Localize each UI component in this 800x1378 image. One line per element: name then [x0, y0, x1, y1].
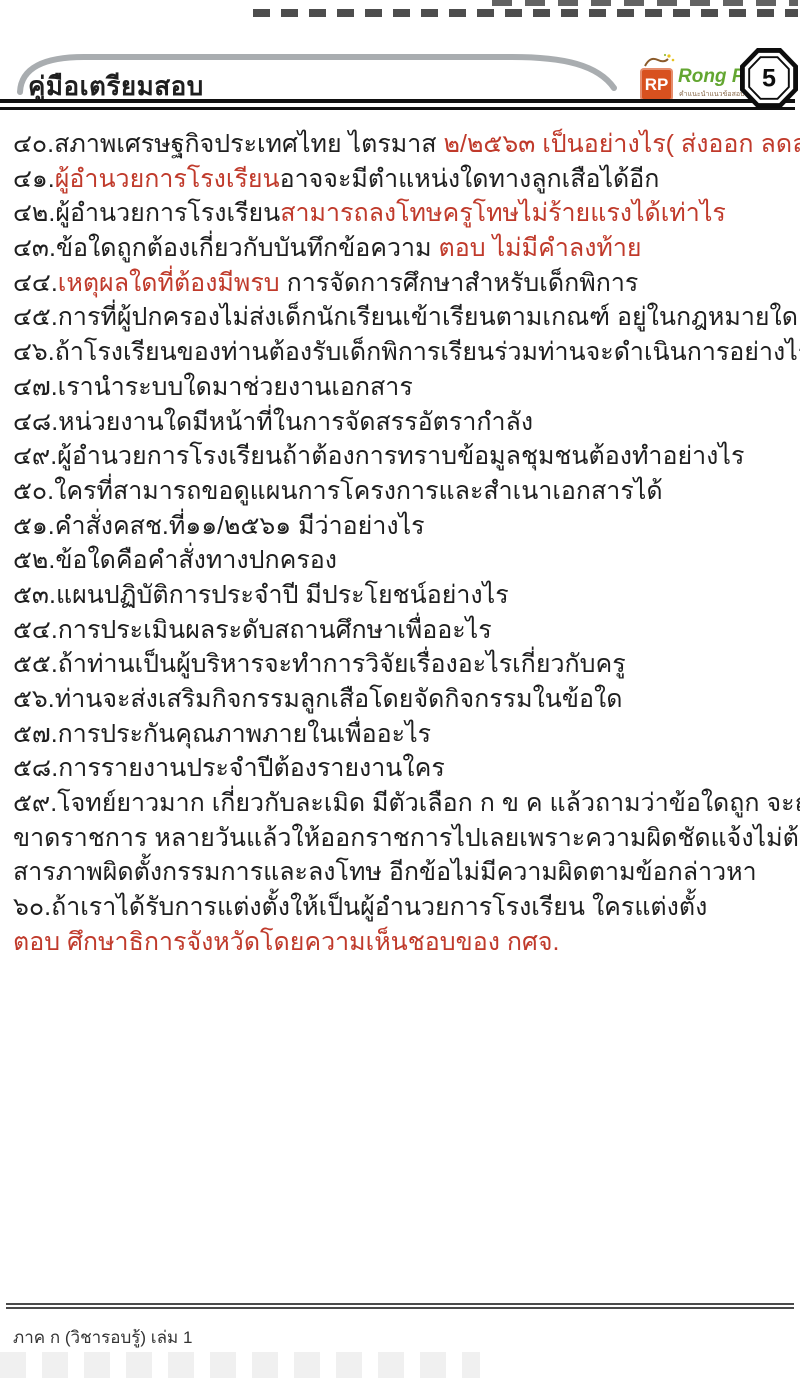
- question-line: ตอบ ศึกษาธิการจังหวัดโดยความเห็นชอบของ ก…: [13, 925, 793, 960]
- question-segment-black: การจัดการศึกษาสำหรับเด็กพิการ: [280, 269, 639, 297]
- question-line: ๕๔.การประเมินผลระดับสถานศึกษาเพื่ออะไร: [13, 613, 793, 648]
- question-segment-red: ตอบ ศึกษาธิการจังหวัดโดยความเห็นชอบของ ก…: [13, 928, 559, 956]
- question-line: ๕๖.ท่านจะส่งเสริมกิจกรรมลูกเสือโดยจัดกิจ…: [13, 682, 793, 717]
- question-line: ๔๑.ผู้อำนวยการโรงเรียนอาจจะมีตำแหน่งใดทา…: [13, 162, 793, 197]
- question-segment-black: ๔๑.: [13, 165, 55, 193]
- question-segment-black: ๔๖.ถ้าโรงเรียนของท่านต้องรับเด็กพิการเรี…: [13, 338, 800, 366]
- question-segment-black: ๕๖.ท่านจะส่งเสริมกิจกรรมลูกเสือโดยจัดกิจ…: [13, 685, 622, 713]
- question-segment-black: ๔๒.ผู้อำนวยการโรงเรียน: [13, 199, 280, 227]
- question-segment-black: ๖๐.ถ้าเราได้รับการแต่งตั้งให้เป็นผู้อำนว…: [13, 893, 707, 921]
- question-segment-black: ๔๙.ผู้อำนวยการโรงเรียนถ้าต้องการทราบข้อม…: [13, 442, 744, 470]
- question-segment-black: ๕๒.ข้อใดคือคำสั่งทางปกครอง: [13, 546, 337, 574]
- question-segment-black: ๔๓.ข้อใดถูกต้องเกี่ยวกับบันทึกข้อความ: [13, 234, 439, 262]
- question-segment-black: ๕๕.ถ้าท่านเป็นผู้บริหารจะทำการวิจัยเรื่อ…: [13, 650, 626, 678]
- question-line: ๔๒.ผู้อำนวยการโรงเรียนสามารถลงโทษครูโทษไ…: [13, 196, 793, 231]
- question-segment-black: ขาดราชการ หลายวันแล้วให้ออกราชการไปเลยเพ…: [13, 824, 800, 852]
- question-line: ๕๘.การรายงานประจำปีต้องรายงานใคร: [13, 751, 793, 786]
- question-line: ๕๐.ใครที่สามารถขอดูแผนการโครงการและสำเนา…: [13, 474, 793, 509]
- question-line: สารภาพผิดตั้งกรรมการและลงโทษ อีกข้อไม่มี…: [13, 855, 793, 890]
- footer-divider-rule: [6, 1303, 794, 1309]
- bottom-bleed-smudge: [0, 1352, 480, 1378]
- logo-mark: RP: [640, 68, 673, 101]
- question-line: ๔๓.ข้อใดถูกต้องเกี่ยวกับบันทึกข้อความ ตอ…: [13, 231, 793, 266]
- question-list: ๔๐.สภาพเศรษฐกิจประเทศไทย ไตรมาส ๒/๒๕๖๓ เ…: [13, 127, 793, 960]
- question-line: ๔๗.เรานำระบบใดมาช่วยงานเอกสาร: [13, 370, 793, 405]
- question-line: ขาดราชการ หลายวันแล้วให้ออกราชการไปเลยเพ…: [13, 821, 793, 856]
- question-line: ๔๐.สภาพเศรษฐกิจประเทศไทย ไตรมาส ๒/๒๕๖๓ เ…: [13, 127, 793, 162]
- question-line: ๕๓.แผนปฏิบัติการประจำปี มีประโยชน์อย่างไ…: [13, 578, 793, 613]
- question-line: ๔๕.การที่ผู้ปกครองไม่ส่งเด็กนักเรียนเข้า…: [13, 300, 793, 335]
- question-segment-black: สารภาพผิดตั้งกรรมการและลงโทษ อีกข้อไม่มี…: [13, 858, 757, 886]
- question-segment-black: ๕๘.การรายงานประจำปีต้องรายงานใคร: [13, 754, 445, 782]
- question-line: ๕๙.โจทย์ยาวมาก เกี่ยวกับละเมิด มีตัวเลือ…: [13, 786, 793, 821]
- question-line: ๔๘.หน่วยงานใดมีหน้าที่ในการจัดสรรอัตรากำ…: [13, 405, 793, 440]
- question-segment-red: ผู้อำนวยการโรงเรียน: [55, 165, 280, 193]
- question-segment-black: ๔๐.สภาพเศรษฐกิจประเทศไทย ไตรมาส: [13, 130, 444, 158]
- page-number: 5: [762, 65, 776, 93]
- question-line: ๔๖.ถ้าโรงเรียนของท่านต้องรับเด็กพิการเรี…: [13, 335, 793, 370]
- question-line: ๖๐.ถ้าเราได้รับการแต่งตั้งให้เป็นผู้อำนว…: [13, 890, 793, 925]
- top-crop-remnant: [253, 9, 798, 17]
- question-segment-red: ตอบ ไม่มีคำลงท้าย: [439, 234, 642, 262]
- question-segment-black: ๔๔.: [13, 269, 58, 297]
- question-segment-black: อาจจะมีตำแหน่งใดทางลูกเสือได้อีก: [280, 165, 660, 193]
- question-line: ๕๗.การประกันคุณภาพภายในเพื่ออะไร: [13, 717, 793, 752]
- question-segment-black: ๔๕.การที่ผู้ปกครองไม่ส่งเด็กนักเรียนเข้า…: [13, 303, 798, 331]
- page-number-badge: 5: [740, 48, 798, 108]
- top-crop-remnant: [492, 0, 798, 6]
- question-segment-black: ๕๐.ใครที่สามารถขอดูแผนการโครงการและสำเนา…: [13, 477, 663, 505]
- question-line: ๕๒.ข้อใดคือคำสั่งทางปกครอง: [13, 543, 793, 578]
- header-divider-rule: [0, 99, 795, 110]
- question-segment-red: สามารถลงโทษครูโทษไม่ร้ายแรงได้เท่าไร: [280, 199, 726, 227]
- question-segment-red: เหตุผลใดที่ต้องมีพรบ: [58, 269, 280, 297]
- question-segment-black: ๕๓.แผนปฏิบัติการประจำปี มีประโยชน์อย่างไ…: [13, 581, 509, 609]
- question-line: ๕๑.คำสั่งคสช.ที่๑๑/๒๕๖๑ มีว่าอย่างไร: [13, 509, 793, 544]
- question-segment-black: ๕๑.คำสั่งคสช.ที่๑๑/๒๕๖๑ มีว่าอย่างไร: [13, 512, 425, 540]
- question-segment-black: ๕๔.การประเมินผลระดับสถานศึกษาเพื่ออะไร: [13, 616, 492, 644]
- question-segment-black: ๕๗.การประกันคุณภาพภายในเพื่ออะไร: [13, 720, 431, 748]
- question-line: ๔๔.เหตุผลใดที่ต้องมีพรบ การจัดการศึกษาสำ…: [13, 266, 793, 301]
- footer-label: ภาค ก (วิชารอบรู้) เล่ม 1: [13, 1324, 192, 1351]
- question-segment-black: ๔๘.หน่วยงานใดมีหน้าที่ในการจัดสรรอัตรากำ…: [13, 408, 533, 436]
- document-page: คู่มือเตรียมสอบ RP Rong Phai คำแนะนำแนวข…: [0, 0, 800, 1378]
- question-line: ๔๙.ผู้อำนวยการโรงเรียนถ้าต้องการทราบข้อม…: [13, 439, 793, 474]
- question-segment-red: ๒/๒๕๖๓ เป็นอย่างไร( ส่งออก ลดลง): [444, 130, 800, 158]
- question-line: ๕๕.ถ้าท่านเป็นผู้บริหารจะทำการวิจัยเรื่อ…: [13, 647, 793, 682]
- question-segment-black: ๕๙.โจทย์ยาวมาก เกี่ยวกับละเมิด มีตัวเลือ…: [13, 789, 800, 817]
- question-segment-black: ๔๗.เรานำระบบใดมาช่วยงานเอกสาร: [13, 373, 413, 401]
